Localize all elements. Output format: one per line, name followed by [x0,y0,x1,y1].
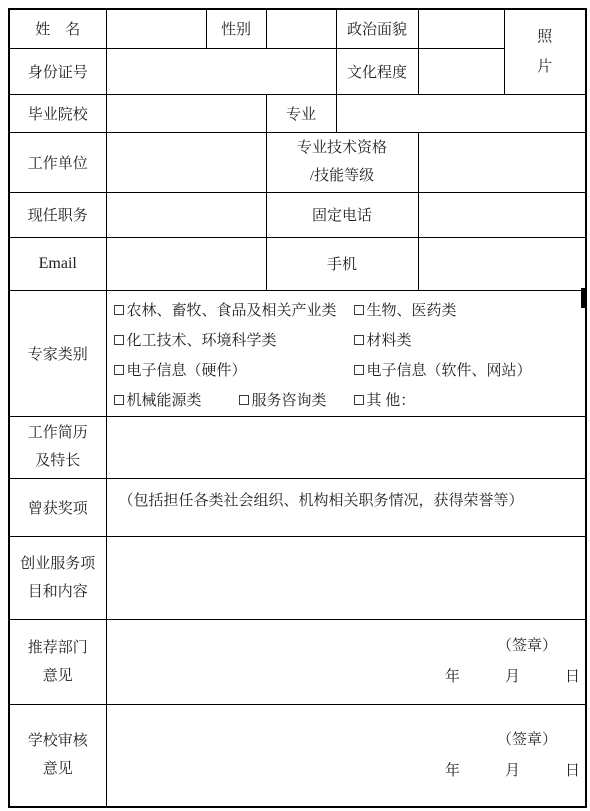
category-option-label: 材料类 [367,333,412,349]
category-option-label: 化工技术、环境科学类 [127,333,277,349]
service-project-label: 创业服务项 目和内容 [9,536,106,619]
category-line-4: 机械能源类服务咨询类其 他： [114,386,586,416]
category-option-label: 电子信息（软件、网站） [367,363,532,379]
political-status-input-cell[interactable] [418,9,504,48]
work-history-label-line1: 工作简历 [10,419,106,447]
photo-label-line1: 照 [505,22,586,52]
category-option-electronics-software[interactable]: 电子信息（软件、网站） [354,356,532,386]
id-number-input-cell[interactable] [106,48,336,94]
photo-placeholder-cell[interactable]: 照 片 [504,9,586,94]
work-unit-label: 工作单位 [9,132,106,192]
professional-title-label: 专业技术资格 /技能等级 [266,132,418,192]
political-status-label: 政治面貌 [336,9,418,48]
border-ink-mark [581,288,587,308]
category-option-service-consulting[interactable]: 服务咨询类 [239,386,354,416]
checkbox-icon[interactable] [354,395,364,405]
school-review-label-line2: 意见 [10,755,106,783]
category-line-3: 电子信息（硬件）电子信息（软件、网站） [114,356,586,386]
education-input-cell[interactable] [418,48,504,94]
checkbox-icon[interactable] [239,395,249,405]
landline-input-cell[interactable] [418,192,586,237]
category-option-other[interactable]: 其 他： [354,386,416,416]
name-input-cell[interactable] [106,9,206,48]
category-option-label: 生物、医药类 [367,303,457,319]
checkbox-icon[interactable] [114,305,124,315]
checkbox-icon[interactable] [354,305,364,315]
category-option-bio-medicine[interactable]: 生物、医药类 [354,296,457,326]
checkbox-icon[interactable] [354,365,364,375]
category-option-label: 农林、畜牧、食品及相关产业类 [127,303,337,319]
checkbox-icon[interactable] [114,395,124,405]
application-form-table: 姓 名 性别 政治面貌 照 片 身份证号 文化程度 毕业院校 专业 [8,8,587,808]
recommend-dept-label-line2: 意见 [10,662,106,690]
id-number-label: 身份证号 [9,48,106,94]
landline-label: 固定电话 [266,192,418,237]
category-option-label: 机械能源类 [127,393,202,409]
awards-label: 曾获奖项 [9,478,106,536]
work-unit-input-cell[interactable] [106,132,266,192]
form-page: 姓 名 性别 政治面貌 照 片 身份证号 文化程度 毕业院校 专业 [0,0,590,811]
expert-category-label: 专家类别 [9,290,106,416]
service-project-label-line2: 目和内容 [10,578,106,606]
category-option-mechanical-energy[interactable]: 机械能源类 [114,386,239,416]
email-label: Email [9,237,106,290]
category-line-1: 农林、畜牧、食品及相关产业类生物、医药类 [114,296,586,326]
category-option-agriculture[interactable]: 农林、畜牧、食品及相关产业类 [114,296,354,326]
photo-label-line2: 片 [505,52,586,82]
date-hint: 年 月 日 [107,761,581,781]
category-option-chemical-environment[interactable]: 化工技术、环境科学类 [114,326,354,356]
category-option-label: 其 他： [367,393,416,409]
mobile-input-cell[interactable] [418,237,586,290]
school-review-label: 学校审核 意见 [9,704,106,807]
professional-title-label-line1: 专业技术资格 [267,134,418,162]
education-label: 文化程度 [336,48,418,94]
checkbox-icon[interactable] [114,365,124,375]
category-option-materials[interactable]: 材料类 [354,326,412,356]
work-history-input-cell[interactable] [106,416,586,478]
current-position-input-cell[interactable] [106,192,266,237]
checkbox-icon[interactable] [114,335,124,345]
name-label: 姓 名 [9,9,106,48]
category-option-label: 电子信息（硬件） [127,363,247,379]
work-history-label-line2: 及特长 [10,447,106,475]
awards-note: （包括担任各类社会组织、机构相关职务情况，获得荣誉等） [119,493,524,509]
service-project-input-cell[interactable] [106,536,586,619]
professional-title-input-cell[interactable] [418,132,586,192]
gender-input-cell[interactable] [266,9,336,48]
date-hint: 年 月 日 [107,667,581,687]
signature-hint: （签章） [107,636,558,656]
checkbox-icon[interactable] [354,335,364,345]
recommend-dept-label: 推荐部门 意见 [9,619,106,704]
professional-title-label-line2: /技能等级 [267,162,418,190]
recommend-dept-label-line1: 推荐部门 [10,634,106,662]
gender-label: 性别 [206,9,266,48]
service-project-label-line1: 创业服务项 [10,550,106,578]
category-line-2: 化工技术、环境科学类材料类 [114,326,586,356]
current-position-label: 现任职务 [9,192,106,237]
major-input-cell[interactable] [336,94,586,132]
school-review-label-line1: 学校审核 [10,727,106,755]
category-option-electronics-hardware[interactable]: 电子信息（硬件） [114,356,354,386]
graduate-school-input-cell[interactable] [106,94,266,132]
school-review-opinion-cell[interactable]: （签章） 年 月 日 [106,704,586,807]
recommend-dept-opinion-cell[interactable]: （签章） 年 月 日 [106,619,586,704]
major-label: 专业 [266,94,336,132]
awards-input-cell[interactable]: （包括担任各类社会组织、机构相关职务情况，获得荣誉等） [106,478,586,536]
email-input-cell[interactable] [106,237,266,290]
expert-category-options-cell: 农林、畜牧、食品及相关产业类生物、医药类 化工技术、环境科学类材料类 电子信息（… [106,290,586,416]
signature-hint: （签章） [107,730,558,750]
mobile-label: 手机 [266,237,418,290]
work-history-label: 工作简历 及特长 [9,416,106,478]
graduate-school-label: 毕业院校 [9,94,106,132]
category-option-label: 服务咨询类 [252,393,327,409]
